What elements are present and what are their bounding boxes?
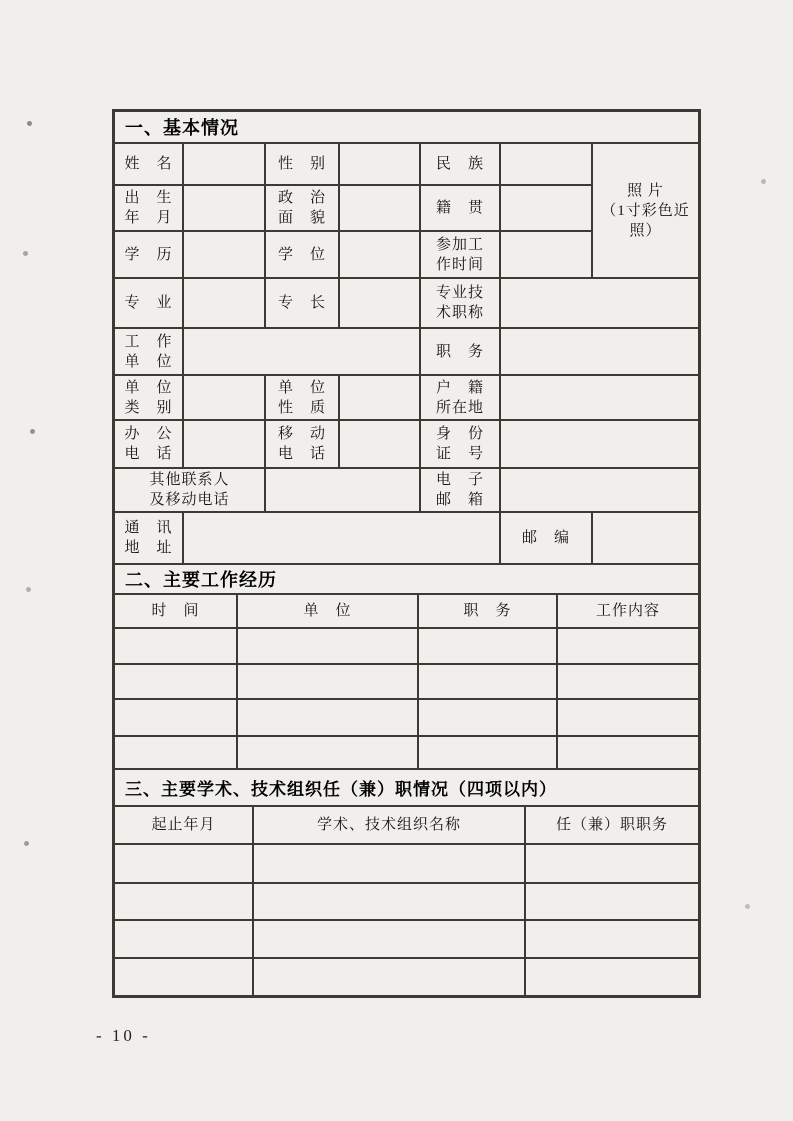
empty-cell [254,845,526,882]
empty-cell [526,884,698,919]
section-basic-title: 一、基本情况 [115,112,698,144]
native-place-label: 籍 贯 [421,186,501,230]
name-value-cell [184,144,266,184]
empty-cell [419,737,558,768]
empty-cell [526,959,698,995]
scan-specks [0,0,3,3]
work-position-header: 职 务 [419,595,558,627]
education-label: 学 历 [115,232,184,277]
other-contact-value-cell [266,469,421,511]
page-number: - 10 - [96,1026,151,1046]
row-major: 专 业 专 长 专业技 术职称 [115,279,698,329]
empty-cell [115,845,254,882]
empty-cell [558,665,698,698]
ethnicity-label: 民 族 [421,144,501,184]
empty-cell [115,629,238,663]
empty-row [115,921,698,959]
unit-nature-label: 单 位 性 质 [266,376,340,419]
unit-category-value-cell [184,376,266,419]
work-start-time-label: 参加工 作时间 [421,232,501,277]
specialty-value-cell [340,279,421,327]
ethnicity-value-cell [501,144,591,184]
mailing-address-label: 通 讯 地 址 [115,513,184,563]
household-location-label: 户 籍 所在地 [421,376,501,419]
other-contact-label: 其他联系人 及移动电话 [115,469,266,511]
professional-title-value-cell [501,279,698,327]
postal-code-label: 邮 编 [501,513,593,563]
organizations-empty-rows [115,845,698,995]
gender-label: 性 别 [266,144,340,184]
row-phones: 办 公 电 话 移 动 电 话 身 份 证 号 [115,421,698,469]
work-start-time-value-cell [501,232,591,277]
empty-row [115,629,698,665]
email-value-cell [501,469,698,511]
birth-date-value-cell [184,186,266,230]
specialty-label: 专 长 [266,279,340,327]
empty-row [115,959,698,995]
native-place-value-cell [501,186,591,230]
empty-cell [254,921,526,957]
empty-cell [238,629,419,663]
degree-label: 学 位 [266,232,340,277]
empty-cell [254,959,526,995]
empty-cell [238,665,419,698]
work-unit-header: 单 位 [238,595,419,627]
row-education: 学 历 学 位 参加工 作时间 [115,232,591,277]
empty-cell [115,884,254,919]
empty-cell [115,921,254,957]
work-unit-value-cell [184,329,421,374]
empty-row [115,845,698,884]
gender-value-cell [340,144,421,184]
empty-cell [419,700,558,735]
position-label: 职 务 [421,329,501,374]
degree-value-cell [340,232,421,277]
political-status-value-cell [340,186,421,230]
empty-cell [254,884,526,919]
office-phone-value-cell [184,421,266,467]
position-value-cell [501,329,698,374]
empty-cell [238,700,419,735]
postal-code-value-cell [593,513,698,563]
row-other-contact: 其他联系人 及移动电话 电 子 邮 箱 [115,469,698,513]
org-period-header: 起止年月 [115,807,254,843]
household-location-value-cell [501,376,698,419]
empty-cell [115,700,238,735]
empty-row [115,665,698,700]
empty-cell [115,665,238,698]
basic-rows-with-photo: 姓 名 性 别 民 族 出 生 年 月 政 治 面 貌 籍 贯 学 历 学 位 [115,144,698,279]
section-work-history-title: 二、主要工作经历 [115,565,698,595]
row-work-unit: 工 作 单 位 职 务 [115,329,698,376]
professional-title-label: 专业技 术职称 [421,279,501,327]
unit-category-label: 单 位 类 别 [115,376,184,419]
work-content-header: 工作内容 [558,595,698,627]
birth-date-label: 出 生 年 月 [115,186,184,230]
unit-nature-value-cell [340,376,421,419]
office-phone-label: 办 公 电 话 [115,421,184,467]
empty-cell [419,629,558,663]
photo-placeholder: 照 片 （1寸彩色近 照） [593,144,698,277]
major-value-cell [184,279,266,327]
work-unit-label: 工 作 单 位 [115,329,184,374]
row-address: 通 讯 地 址 邮 编 [115,513,698,565]
political-status-label: 政 治 面 貌 [266,186,340,230]
work-history-empty-rows [115,629,698,770]
empty-row [115,700,698,737]
basic-rows-stack: 姓 名 性 别 民 族 出 生 年 月 政 治 面 貌 籍 贯 学 历 学 位 [115,144,593,277]
id-number-value-cell [501,421,698,467]
empty-cell [558,700,698,735]
major-label: 专 业 [115,279,184,327]
mailing-address-value-cell [184,513,501,563]
empty-cell [526,921,698,957]
row-unit-category: 单 位 类 别 单 位 性 质 户 籍 所在地 [115,376,698,421]
org-position-header: 任（兼）职职务 [526,807,698,843]
empty-cell [115,737,238,768]
organizations-header-row: 起止年月 学术、技术组织名称 任（兼）职职务 [115,807,698,845]
empty-cell [526,845,698,882]
work-history-header-row: 时 间 单 位 职 务 工作内容 [115,595,698,629]
work-time-header: 时 间 [115,595,238,627]
empty-cell [558,629,698,663]
empty-cell [419,665,558,698]
mobile-phone-value-cell [340,421,421,467]
row-birth: 出 生 年 月 政 治 面 貌 籍 贯 [115,186,591,232]
empty-row [115,737,698,770]
org-name-header: 学术、技术组织名称 [254,807,526,843]
empty-cell [558,737,698,768]
name-label: 姓 名 [115,144,184,184]
empty-row [115,884,698,921]
registration-form-table: 一、基本情况 姓 名 性 别 民 族 出 生 年 月 政 治 面 貌 籍 贯 学… [112,109,701,998]
mobile-phone-label: 移 动 电 话 [266,421,340,467]
education-value-cell [184,232,266,277]
empty-cell [238,737,419,768]
empty-cell [115,959,254,995]
row-name: 姓 名 性 别 民 族 [115,144,591,186]
email-label: 电 子 邮 箱 [421,469,501,511]
section-organizations-title: 三、主要学术、技术组织任（兼）职情况（四项以内） [115,770,698,807]
id-number-label: 身 份 证 号 [421,421,501,467]
